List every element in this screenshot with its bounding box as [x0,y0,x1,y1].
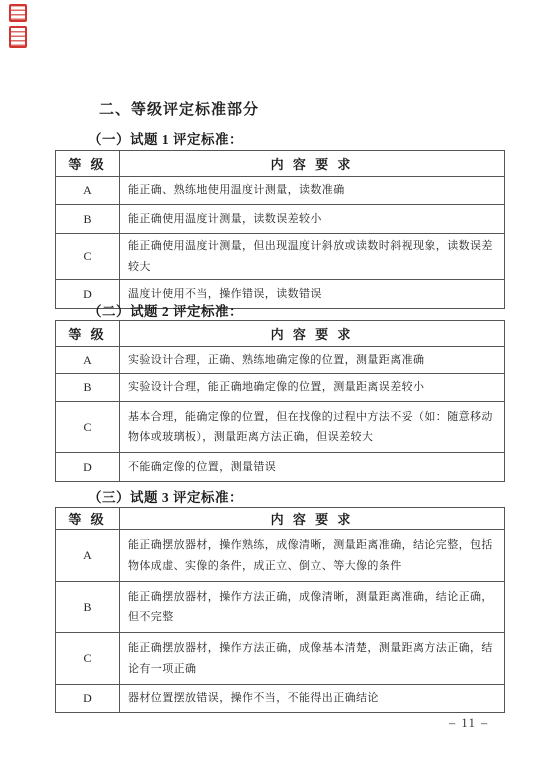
table-row: C 基本合理，能确定像的位置，但在找像的过程中方法不妥（如：随意移动物体或玻璃板… [56,402,505,453]
table-row: B 实验设计合理，能正确地确定像的位置，测量距离误差较小 [56,374,505,402]
table-row: C 能正确使用温度计测量，但出现温度计斜放或读数时斜视现象，读数误差较大 [56,234,505,280]
requirement-cell: 能正确、熟练地使用温度计测量，读数准确 [120,177,505,205]
requirement-cell: 能正确使用温度计测量，读数误差较小 [120,205,505,234]
grade-cell: C [56,633,120,685]
requirement-cell: 能正确摆放器材，操作熟练，成像清晰，测量距离准确，结论完整，包括物体成虚、实像的… [120,530,505,582]
document-page: 二、等级评定标准部分 （一）试题 1 评定标准： 等 级 内 容 要 求 A 能… [0,0,551,779]
page-number: – 11 – [449,716,489,731]
grade-cell: C [56,402,120,453]
table-row: A 能正确摆放器材，操作熟练，成像清晰，测量距离准确，结论完整，包括物体成虚、实… [56,530,505,582]
column-header-requirement: 内 容 要 求 [120,151,505,177]
grade-cell: D [56,685,120,713]
grading-table-1: 等 级 内 容 要 求 A 能正确、熟练地使用温度计测量，读数准确 B 能正确使… [55,150,505,309]
table-row: B 能正确摆放器材，操作方法正确，成像清晰，测量距离准确，结论正确，但不完整 [56,582,505,633]
grade-cell: A [56,347,120,374]
grade-cell: D [56,453,120,482]
grade-cell: B [56,205,120,234]
requirement-cell: 实验设计合理，正确、熟练地确定像的位置，测量距离准确 [120,347,505,374]
column-header-requirement: 内 容 要 求 [120,321,505,347]
table-row: C 能正确摆放器材，操作方法正确，成像基本清楚，测量距离方法正确，结论有一项正确 [56,633,505,685]
requirement-cell: 实验设计合理，能正确地确定像的位置，测量距离误差较小 [120,374,505,402]
red-stamp-icon [9,4,27,22]
grade-cell: A [56,530,120,582]
column-header-grade: 等 级 [56,321,120,347]
grade-cell: B [56,582,120,633]
red-stamp-icon [9,26,27,48]
table-row: D 不能确定像的位置，测量错误 [56,453,505,482]
grading-table-2: 等 级 内 容 要 求 A 实验设计合理，正确、熟练地确定像的位置，测量距离准确… [55,320,505,482]
requirement-cell: 能正确摆放器材，操作方法正确，成像基本清楚，测量距离方法正确，结论有一项正确 [120,633,505,685]
table-row: A 能正确、熟练地使用温度计测量，读数准确 [56,177,505,205]
subsection-title-3: （三）试题 3 评定标准： [88,486,243,506]
column-header-grade: 等 级 [56,151,120,177]
requirement-cell: 能正确摆放器材，操作方法正确，成像清晰，测量距离准确，结论正确，但不完整 [120,582,505,633]
requirement-cell: 器材位置摆放错误，操作不当，不能得出正确结论 [120,685,505,713]
grade-cell: C [56,234,120,280]
requirement-cell: 能正确使用温度计测量，但出现温度计斜放或读数时斜视现象，读数误差较大 [120,234,505,280]
table-header-row: 等 级 内 容 要 求 [56,151,505,177]
table-row: D 器材位置摆放错误，操作不当，不能得出正确结论 [56,685,505,713]
column-header-grade: 等 级 [56,508,120,530]
grade-cell: A [56,177,120,205]
grading-table-3: 等 级 内 容 要 求 A 能正确摆放器材，操作熟练，成像清晰，测量距离准确，结… [55,507,505,713]
table-row: B 能正确使用温度计测量，读数误差较小 [56,205,505,234]
subsection-title-2: （二）试题 2 评定标准： [88,300,243,320]
grade-cell: B [56,374,120,402]
column-header-requirement: 内 容 要 求 [120,508,505,530]
subsection-title-1: （一）试题 1 评定标准： [88,128,243,148]
table-header-row: 等 级 内 容 要 求 [56,321,505,347]
table-row: A 实验设计合理，正确、熟练地确定像的位置，测量距离准确 [56,347,505,374]
requirement-cell: 基本合理，能确定像的位置，但在找像的过程中方法不妥（如：随意移动物体或玻璃板），… [120,402,505,453]
page-title: 二、等级评定标准部分 [99,98,259,119]
requirement-cell: 不能确定像的位置，测量错误 [120,453,505,482]
table-header-row: 等 级 内 容 要 求 [56,508,505,530]
